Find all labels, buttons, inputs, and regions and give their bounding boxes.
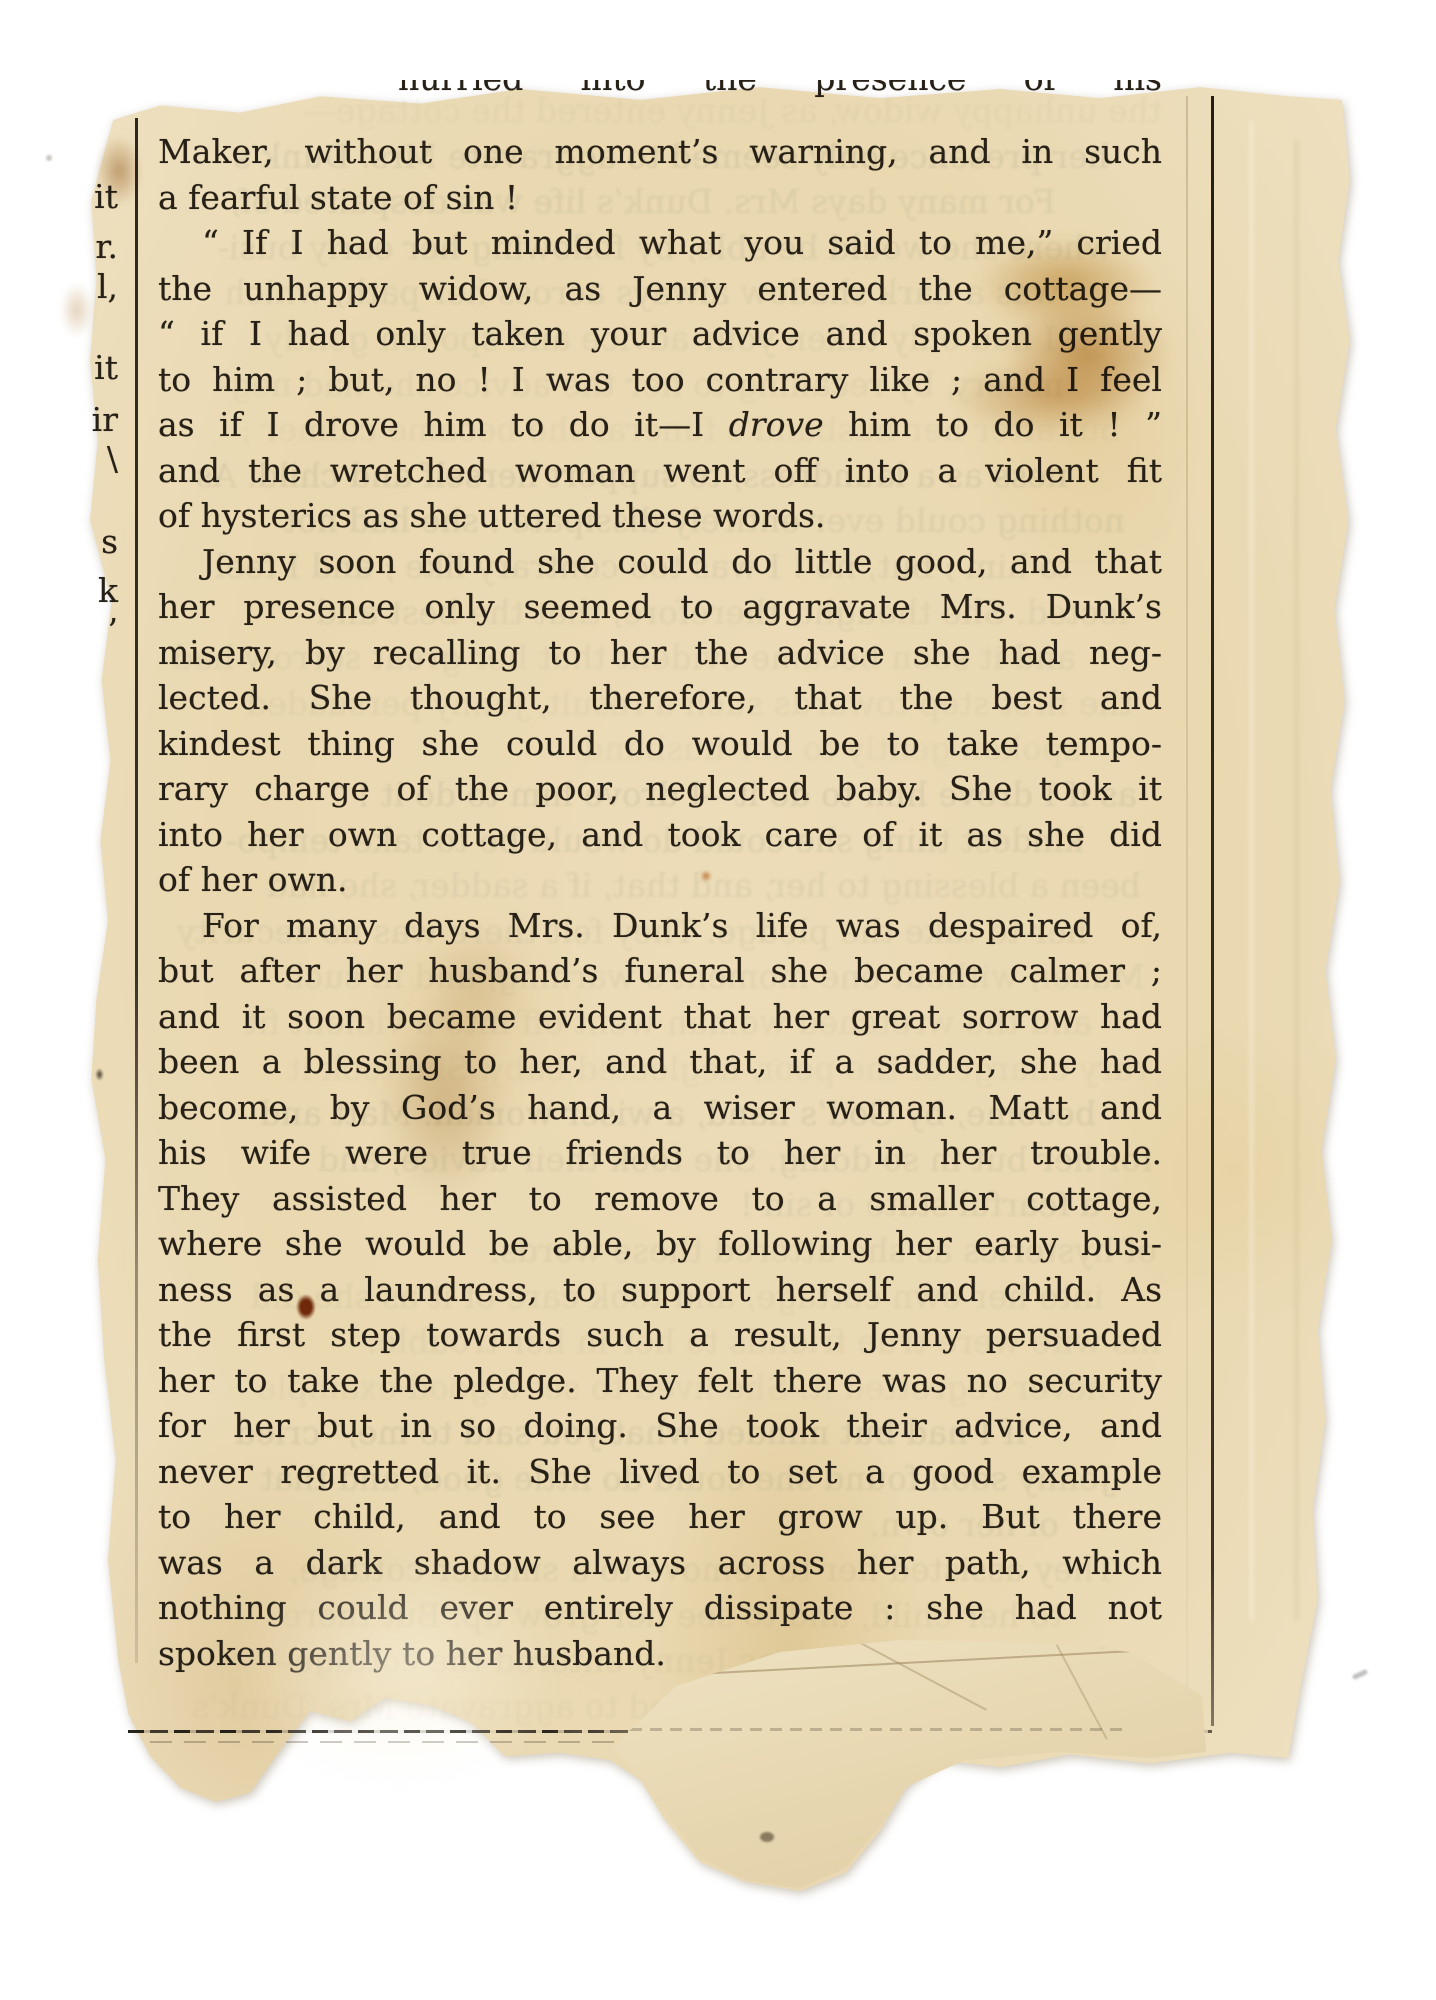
torn-left-column-fragments: itr.l,itir\sk’ [50,0,118,820]
text-line: “ if I had only taken your advice and sp… [158,311,1162,357]
text-line: kindest thing she could do would be to t… [158,721,1162,767]
article-text-column: Maker, without one moment’s warning, and… [158,129,1162,1676]
text-line: of hysterics as she uttered these words. [158,493,1162,539]
right-margin-crinkle [1295,140,1298,1620]
text-line: her to take the pledge. They felt there … [158,1358,1162,1404]
text-line: nothing could ever entirely dissipate : … [158,1585,1162,1631]
torn-column-letter: it [94,174,118,219]
text-line: where she would be able, by following he… [158,1221,1162,1267]
text-line: into her own cottage, and took care of i… [158,812,1162,858]
text-line: for her but in so doing. She took their … [158,1403,1162,1449]
text-line: but after her husband’s funeral she beca… [158,948,1162,994]
text-line: a fearful state of sin ! [158,175,1162,221]
torn-column-letter: ’ [108,608,119,653]
torn-column-letter: s [101,519,118,564]
text-line: the first step towards such a result, Je… [158,1312,1162,1358]
text-segment: him to do it ! ” [824,405,1162,444]
speck-on-flap [760,1832,774,1842]
text-line: For many days Mrs. Dunk’s life was despa… [158,903,1162,949]
text-line: her presence only seemed to aggravate Mr… [158,584,1162,630]
torn-column-letter: k [98,568,118,613]
rule-remnant-on-flap [570,1728,1130,1731]
text-line: become, by God’s hand, a wiser woman. Ma… [158,1085,1162,1131]
torn-column-letter: r. [95,224,118,269]
clipped-first-line-text: hurried into the presence of his [398,80,1162,98]
torn-column-letter: it [94,345,118,390]
text-line: misery, by recalling to her the advice s… [158,630,1162,676]
text-line: rary charge of the poor, neglected baby.… [158,766,1162,812]
text-segment: as if I drove him to do it—I [158,405,729,444]
right-margin-crinkle [1250,120,1253,1620]
text-line: been a blessing to her, and that, if a s… [158,1039,1162,1085]
text-line: Maker, without one moment’s warning, and… [158,129,1162,175]
text-line: never regretted it. She lived to set a g… [158,1449,1162,1495]
text-line: the unhappy widow, as Jenny entered the … [158,266,1162,312]
text-line: and it soon became evident that her grea… [158,994,1162,1040]
text-line: and the wretched woman went off into a v… [158,448,1162,494]
scan-background: the unhappy widow, as Jenny entered the … [0,0,1436,2000]
text-line: to her child, and to see her grow up. Bu… [158,1494,1162,1540]
text-line: of her own. [158,857,1162,903]
text-line: Jenny soon found she could do little goo… [158,539,1162,585]
left-column-rule [135,118,138,1663]
text-line: to him ; but, no ! I was too contrary li… [158,357,1162,403]
text-line: was a dark shadow always across her path… [158,1540,1162,1586]
text-line: his wife were true friends to her in her… [158,1130,1162,1176]
text-line: as if I drove him to do it—I drove him t… [158,402,1162,448]
text-line: “ If I had but minded what you said to m… [158,220,1162,266]
text-line: ness as a laundress, to support herself … [158,1267,1162,1313]
right-column-rule [1211,96,1214,1726]
text-line: They assisted her to remove to a smaller… [158,1176,1162,1222]
italic-word: drove [729,405,824,444]
text-line: lected. She thought, therefore, that the… [158,675,1162,721]
torn-column-letter: l, [97,264,118,309]
paper-crease [1186,96,1188,1706]
clipped-first-line: hurried into the presence of his [398,80,1162,106]
torn-column-letter: \ [107,436,118,481]
